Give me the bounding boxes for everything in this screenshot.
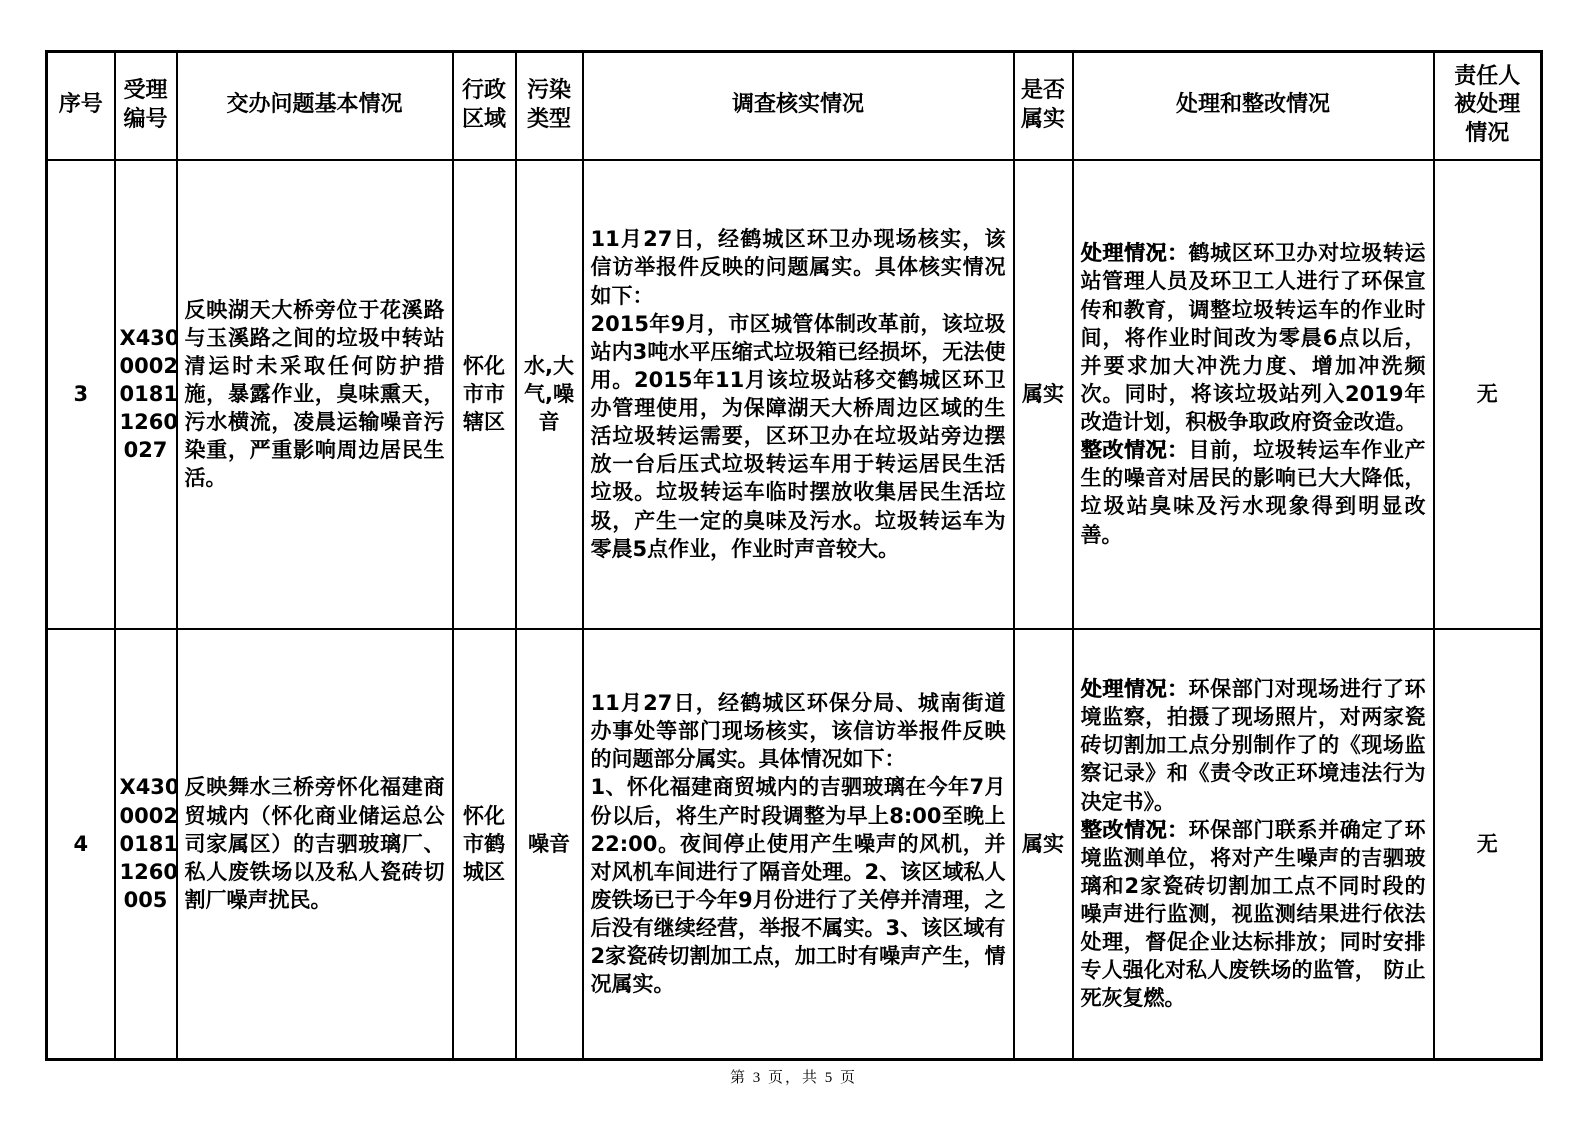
cell-seq: 4 — [47, 629, 115, 1060]
rectification-segment: 整改情况：目前，垃圾转运车作业产生的噪音对居民的影响已大大降低，垃圾站臭味及污水… — [1081, 436, 1426, 549]
handling-text: 鹤城区环卫办对垃圾转运站管理人员及环卫工人进行了环保宣传和教育，调整垃圾转运车的… — [1081, 241, 1426, 434]
col-header-problem: 交办问题基本情况 — [177, 52, 453, 160]
table-row: 4 X430 0002 0181 1260 005 反映舞水三桥旁怀化福建商贸城… — [47, 629, 1542, 1060]
cell-handling: 处理情况：鹤城区环卫办对垃圾转运站管理人员及环卫工人进行了环保宣传和教育，调整垃… — [1073, 160, 1434, 629]
cell-region: 怀化市市辖区 — [453, 160, 516, 629]
cell-accountability: 无 — [1434, 160, 1542, 629]
document-page: 序号 受理 编号 交办问题基本情况 行政 区域 污染 类型 调查核实情况 是否 … — [0, 0, 1587, 1122]
col-header-pollution-type: 污染 类型 — [516, 52, 583, 160]
cell-pollution-type: 水,大气,噪音 — [516, 160, 583, 629]
cell-verified: 属实 — [1014, 160, 1073, 629]
cell-investigation: 11月27日，经鹤城区环卫办现场核实，该信访举报件反映的问题属实。具体核实情况如… — [583, 160, 1014, 629]
col-header-region: 行政 区域 — [453, 52, 516, 160]
cell-pollution-type: 噪音 — [516, 629, 583, 1060]
page-number-footer: 第 3 页，共 5 页 — [0, 1066, 1587, 1087]
handling-segment: 处理情况：鹤城区环卫办对垃圾转运站管理人员及环卫工人进行了环保宣传和教育，调整垃… — [1081, 239, 1426, 436]
cell-seq: 3 — [47, 160, 115, 629]
col-header-investigation: 调查核实情况 — [583, 52, 1014, 160]
col-header-seq: 序号 — [47, 52, 115, 160]
handling-label: 处理情况： — [1081, 241, 1189, 265]
rectification-text: 环保部门联系并确定了环境监测单位，将对产生噪声的吉驷玻璃和2家瓷砖切割加工点不同… — [1081, 818, 1426, 1011]
table-row: 3 X430 0002 0181 1260 027 反映湖天大桥旁位于花溪路与玉… — [47, 160, 1542, 629]
cell-case-number: X430 0002 0181 1260 027 — [115, 160, 177, 629]
col-header-case-number: 受理 编号 — [115, 52, 177, 160]
handling-segment: 处理情况：环保部门对现场进行了环境监察，拍摄了现场照片，对两家瓷砖切割加工点分别… — [1081, 675, 1426, 816]
cell-verified: 属实 — [1014, 629, 1073, 1060]
cell-problem: 反映舞水三桥旁怀化福建商贸城内（怀化商业储运总公司家属区）的吉驷玻璃厂、私人废铁… — [177, 629, 453, 1060]
cell-investigation: 11月27日，经鹤城区环保分局、城南街道办事处等部门现场核实，该信访举报件反映的… — [583, 629, 1014, 1060]
col-header-handling: 处理和整改情况 — [1073, 52, 1434, 160]
rectification-segment: 整改情况：环保部门联系并确定了环境监测单位，将对产生噪声的吉驷玻璃和2家瓷砖切割… — [1081, 816, 1426, 1013]
rectification-label: 整改情况： — [1081, 818, 1189, 842]
complaint-handling-table: 序号 受理 编号 交办问题基本情况 行政 区域 污染 类型 调查核实情况 是否 … — [45, 50, 1543, 1061]
cell-problem: 反映湖天大桥旁位于花溪路与玉溪路之间的垃圾中转站清运时未采取任何防护措施，暴露作… — [177, 160, 453, 629]
cell-case-number: X430 0002 0181 1260 005 — [115, 629, 177, 1060]
rectification-label: 整改情况： — [1081, 438, 1189, 462]
cell-handling: 处理情况：环保部门对现场进行了环境监察，拍摄了现场照片，对两家瓷砖切割加工点分别… — [1073, 629, 1434, 1060]
handling-label: 处理情况： — [1081, 677, 1189, 701]
cell-region: 怀化市鹤城区 — [453, 629, 516, 1060]
col-header-accountability: 责任人 被处理 情况 — [1434, 52, 1542, 160]
table-header-row: 序号 受理 编号 交办问题基本情况 行政 区域 污染 类型 调查核实情况 是否 … — [47, 52, 1542, 160]
col-header-verified: 是否 属实 — [1014, 52, 1073, 160]
cell-accountability: 无 — [1434, 629, 1542, 1060]
